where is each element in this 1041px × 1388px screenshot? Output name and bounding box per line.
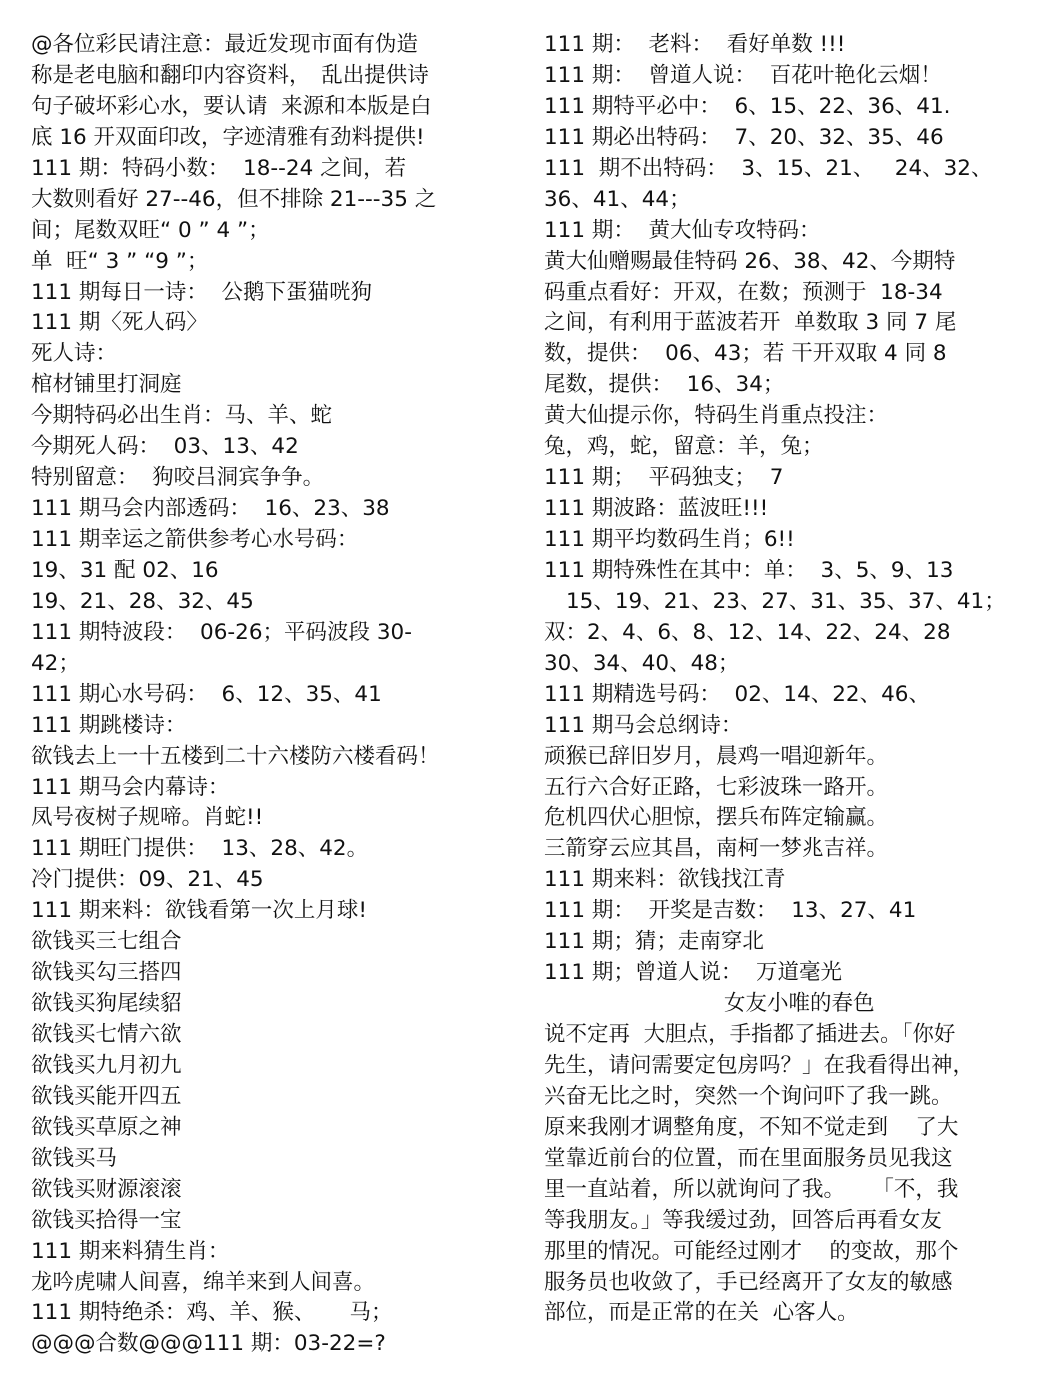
text-line: 兔，鸡，蛇，留意：羊，兔； bbox=[544, 432, 1024, 463]
poem-line: 三箭穿云应其昌，南柯一梦兆吉祥。 bbox=[544, 834, 1024, 865]
riddle-line: 欲钱买拾得一宝 bbox=[31, 1206, 511, 1237]
right-text-column: 111 期： 老料： 看好单数 !!! 111 期： 曾道人说： 百花叶艳化云烟… bbox=[544, 30, 1024, 1329]
text-line: 111 期； 平码独支； 7 bbox=[544, 463, 1024, 494]
text-line: 特别留意： 狗咬吕洞宾争争。 bbox=[31, 463, 511, 494]
notice-line-2: 称是老电脑和翻印内容资料， 乱出提供诗 bbox=[31, 61, 511, 92]
story-line: 原来我刚才调整角度，不知不觉走到 了大 bbox=[544, 1113, 1024, 1144]
text-line: 42； bbox=[31, 649, 511, 680]
text-line: 今期死人码： 03、13、42 bbox=[31, 432, 511, 463]
notice-line-1: @各位彩民请注意：最近发现市面有伪造 bbox=[31, 30, 511, 61]
riddle-line: 欲钱买三七组合 bbox=[31, 927, 511, 958]
text-line: 111 期；曾道人说： 万道毫光 bbox=[544, 958, 1024, 989]
text-line: 111 期心水号码： 6、12、35、41 bbox=[31, 680, 511, 711]
text-line: 111 期特绝杀：鸡、羊、猴、 马； bbox=[31, 1298, 511, 1329]
text-line: 间；尾数双旺“ 0 ” 4 ”； bbox=[31, 216, 511, 247]
text-line: 黄大仙赠赐最佳特码 26、38、42、今期特 bbox=[544, 247, 1024, 278]
text-line: 码重点看好：开双，在数；预测于 18-34 bbox=[544, 278, 1024, 309]
number-line: 15、19、21、23、27、31、35、37、41； bbox=[544, 587, 1024, 618]
riddle-line: 欲钱买狗尾续貂 bbox=[31, 989, 511, 1020]
text-line: 111 期旺门提供： 13、28、42。 bbox=[31, 834, 511, 865]
text-line: 111 期马会内幕诗： bbox=[31, 773, 511, 804]
number-line: 19、21、28、32、45 bbox=[31, 587, 511, 618]
text-line: 111 期；猜；走南穿北 bbox=[544, 927, 1024, 958]
riddle-line: 欲钱买马 bbox=[31, 1144, 511, 1175]
text-line: @@@合数@@@111 期：03-22=? bbox=[31, 1329, 511, 1360]
text-line: 凤号夜树子规啼。肖蛇!! bbox=[31, 803, 511, 834]
text-line: 111 期不出特码： 3、15、21、 24、32、 bbox=[544, 154, 1024, 185]
poem-line: 五行六合好正路，七彩波珠一路开。 bbox=[544, 773, 1024, 804]
story-line: 服务员也收敛了，手已经离开了女友的敏感 bbox=[544, 1268, 1024, 1299]
text-line: 111 期每日一诗： 公鹅下蛋猫咣狗 bbox=[31, 278, 511, 309]
text-line: 数，提供： 06、43；若 干开双取 4 同 8 bbox=[544, 339, 1024, 370]
text-line: 欲钱去上一十五楼到二十六楼防六楼看码！ bbox=[31, 742, 511, 773]
poem-line: 危机四伏心胆惊，摆兵布阵定输赢。 bbox=[544, 803, 1024, 834]
text-line: 111 期波路：蓝波旺!!! bbox=[544, 494, 1024, 525]
text-line: 111 期精选号码： 02、14、22、46、 bbox=[544, 680, 1024, 711]
text-line: 111 期马会总纲诗： bbox=[544, 711, 1024, 742]
poem-line: 顽猴已辞旧岁月，晨鸡一唱迎新年。 bbox=[544, 742, 1024, 773]
left-text-column: @各位彩民请注意：最近发现市面有伪造 称是老电脑和翻印内容资料， 乱出提供诗 句… bbox=[31, 30, 511, 1360]
riddle-line: 欲钱买七情六欲 bbox=[31, 1020, 511, 1051]
story-line: 等我朋友。」等我缓过劲，回答后再看女友 bbox=[544, 1206, 1024, 1237]
poem-line: 棺材铺里打洞庭 bbox=[31, 370, 511, 401]
text-line: 今期特码必出生肖：马、羊、蛇 bbox=[31, 401, 511, 432]
section-heading: 111 期〈死人码〉 bbox=[31, 308, 511, 339]
text-line: 尾数，提供： 16、34； bbox=[544, 370, 1024, 401]
story-title: 女友小唯的春色 bbox=[544, 989, 1024, 1020]
notice-line-3: 句子破坏彩心水，要认请 来源和本版是白 bbox=[31, 92, 511, 123]
text-line: 111 期来料猜生肖： bbox=[31, 1237, 511, 1268]
text-line: 111 期马会内部透码： 16、23、38 bbox=[31, 494, 511, 525]
text-line: 冷门提供：09、21、45 bbox=[31, 865, 511, 896]
document-page: @各位彩民请注意：最近发现市面有伪造 称是老电脑和翻印内容资料， 乱出提供诗 句… bbox=[0, 0, 1041, 1388]
text-line: 111 期平均数码生肖；6!! bbox=[544, 525, 1024, 556]
text-line: 111 期特波段： 06-26；平码波段 30- bbox=[31, 618, 511, 649]
riddle-line: 欲钱买九月初九 bbox=[31, 1051, 511, 1082]
text-line: 死人诗： bbox=[31, 339, 511, 370]
text-line: 111 期幸运之箭供参考心水号码： bbox=[31, 525, 511, 556]
number-line: 19、31 配 02、16 bbox=[31, 556, 511, 587]
text-line: 111 期： 开奖是吉数： 13、27、41 bbox=[544, 896, 1024, 927]
text-line: 111 期特平必中： 6、15、22、36、41. bbox=[544, 92, 1024, 123]
story-line: 里一直站着，所以就询问了我。 「不，我 bbox=[544, 1175, 1024, 1206]
text-line: 111 期必出特码： 7、20、32、35、46 bbox=[544, 123, 1024, 154]
story-line: 部位，而是正常的在关 心客人。 bbox=[544, 1298, 1024, 1329]
story-line: 兴奋无比之时，突然一个询问吓了我一跳。 bbox=[544, 1082, 1024, 1113]
text-line: 111 期跳楼诗： bbox=[31, 711, 511, 742]
riddle-line: 欲钱买能开四五 bbox=[31, 1082, 511, 1113]
notice-line-4: 底 16 开双面印改，字迹清雅有劲料提供! bbox=[31, 123, 511, 154]
text-line: 111 期来料：欲钱看第一次上月球! bbox=[31, 896, 511, 927]
text-line: 111 期特殊性在其中：单： 3、5、9、13 bbox=[544, 556, 1024, 587]
story-line: 说不定再 大胆点，手指都了插进去。「你好 bbox=[544, 1020, 1024, 1051]
text-line: 大数则看好 27--46，但不排除 21---35 之 bbox=[31, 185, 511, 216]
text-line: 111 期： 黄大仙专攻特码： bbox=[544, 216, 1024, 247]
text-line: 龙吟虎啸人间喜，绵羊来到人间喜。 bbox=[31, 1268, 511, 1299]
text-line: 111 期： 老料： 看好单数 !!! bbox=[544, 30, 1024, 61]
text-line: 之间，有利用于蓝波若开 单数取 3 同 7 尾 bbox=[544, 308, 1024, 339]
number-line: 30、34、40、48； bbox=[544, 649, 1024, 680]
text-line: 黄大仙提示你，特码生肖重点投注： bbox=[544, 401, 1024, 432]
riddle-line: 欲钱买财源滚滚 bbox=[31, 1175, 511, 1206]
story-line: 堂靠近前台的位置，而在里面服务员见我这 bbox=[544, 1144, 1024, 1175]
riddle-line: 欲钱买勾三搭四 bbox=[31, 958, 511, 989]
riddle-line: 欲钱买草原之神 bbox=[31, 1113, 511, 1144]
number-line: 双：2、4、6、8、12、14、22、24、28 bbox=[544, 618, 1024, 649]
text-line: 36、41、44； bbox=[544, 185, 1024, 216]
text-line: 111 期来料：欲钱找江青 bbox=[544, 865, 1024, 896]
text-line: 111 期：特码小数： 18--24 之间，若 bbox=[31, 154, 511, 185]
story-line: 先生，请问需要定包房吗？」在我看得出神， bbox=[544, 1051, 1024, 1082]
text-line: 111 期： 曾道人说： 百花叶艳化云烟！ bbox=[544, 61, 1024, 92]
text-line: 单 旺“ 3 ” “9 ”； bbox=[31, 247, 511, 278]
story-line: 那里的情况。可能经过刚才 的变故，那个 bbox=[544, 1237, 1024, 1268]
